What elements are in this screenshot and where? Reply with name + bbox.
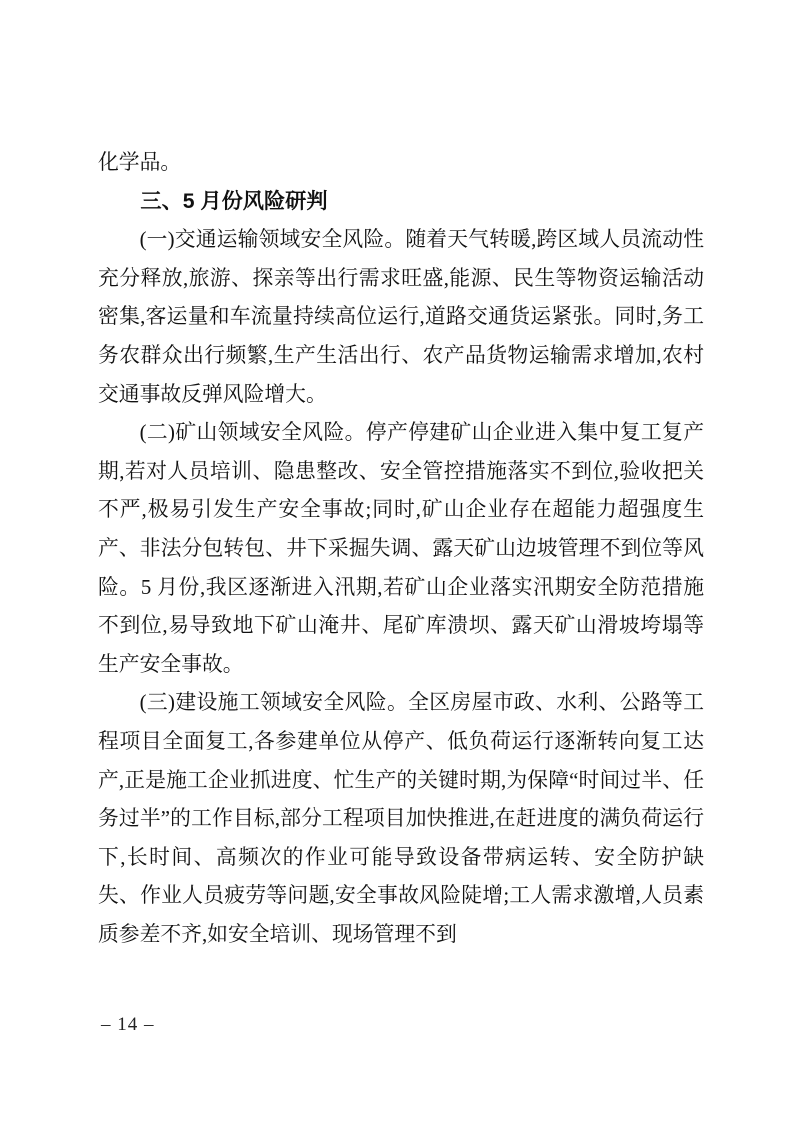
page-footer: – 14 – [101,1013,155,1037]
document-page: 化学品。 三、5 月份风险研判 (一)交通运输领域安全风险。随着天气转暖,跨区域… [0,0,793,1122]
page-number: – 14 – [101,1014,155,1035]
body-paragraph-mining-risk: (二)矿山领域安全风险。停产停建矿山企业进入集中复工复产期,若对人员培训、隐患整… [98,414,704,684]
document-body: 化学品。 三、5 月份风险研判 (一)交通运输领域安全风险。随着天气转暖,跨区域… [98,144,704,954]
body-paragraph-transport-risk: (一)交通运输领域安全风险。随着天气转暖,跨区域人员流动性充分释放,旅游、探亲等… [98,221,704,414]
carryover-paragraph: 化学品。 [98,144,704,183]
body-paragraph-construction-risk: (三)建设施工领域安全风险。全区房屋市政、水利、公路等工程项目全面复工,各参建单… [98,684,704,954]
section-heading: 三、5 月份风险研判 [98,183,704,222]
